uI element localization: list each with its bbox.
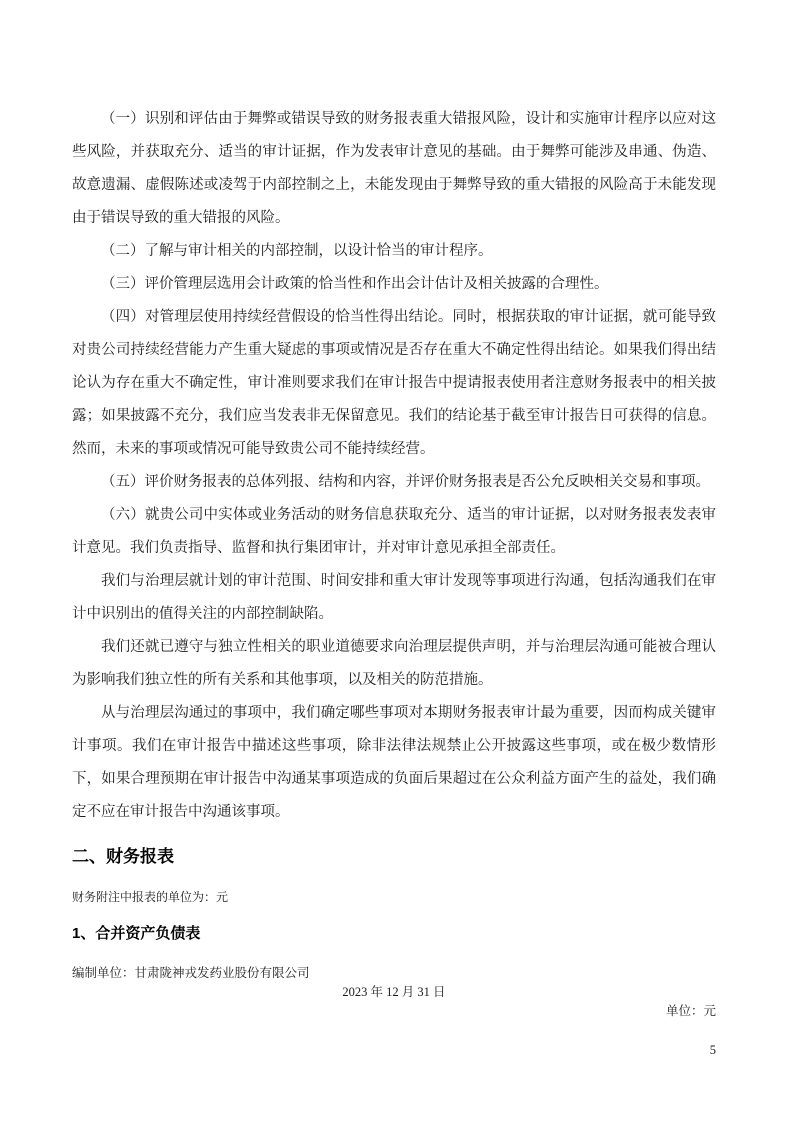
statements-unit-note: 财务附注中报表的单位为：元: [72, 888, 716, 906]
audit-paragraph-8: 我们还就已遵守与独立性相关的职业道德要求向治理层提供声明，并与治理层沟通可能被合…: [72, 631, 716, 697]
audit-paragraph-2: （二）了解与审计相关的内部控制，以设计恰当的审计程序。: [72, 235, 716, 268]
audit-paragraph-1: （一）识别和评估由于舞弊或错误导致的财务报表重大错报风险，设计和实施审计程序以应…: [72, 103, 716, 235]
unit-label: 单位：元: [72, 1002, 716, 1021]
audit-paragraph-7: 我们与治理层就计划的审计范围、时间安排和重大审计发现等事项进行沟通，包括沟通我们…: [72, 565, 716, 631]
section-heading-financial-statements: 二、财务报表: [72, 844, 716, 869]
document-page: （一）识别和评估由于舞弊或错误导致的财务报表重大错报风险，设计和实施审计程序以应…: [0, 0, 793, 1122]
page-number: 5: [710, 1042, 716, 1058]
prepared-by-line: 编制单位：甘肃陇神戎发药业股份有限公司: [72, 964, 716, 983]
audit-paragraph-9: 从与治理层沟通过的事项中，我们确定哪些事项对本期财务报表审计最为重要，因而构成关…: [72, 697, 716, 829]
subsection-heading-consolidated-balance-sheet: 1、合并资产负债表: [72, 923, 716, 945]
audit-paragraph-6: （六）就贵公司中实体或业务活动的财务信息获取充分、适当的审计证据，以对财务报表发…: [72, 499, 716, 565]
audit-paragraph-4: （四）对管理层使用持续经营假设的恰当性得出结论。同时，根据获取的审计证据，就可能…: [72, 301, 716, 466]
statement-date: 2023 年 12 月 31 日: [72, 983, 716, 1002]
audit-paragraph-3: （三）评价管理层选用会计政策的恰当性和作出会计估计及相关披露的合理性。: [72, 268, 716, 301]
audit-paragraph-5: （五）评价财务报表的总体列报、结构和内容，并评价财务报表是否公允反映相关交易和事…: [72, 466, 716, 499]
document-content: （一）识别和评估由于舞弊或错误导致的财务报表重大错报风险，设计和实施审计程序以应…: [72, 103, 716, 1021]
